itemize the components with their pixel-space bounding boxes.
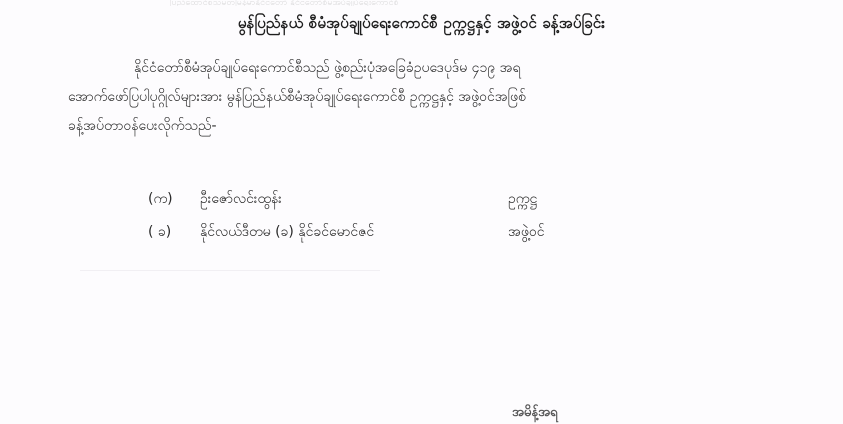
body-line-2: အောက်ဖော်ပြပါပုဂ္ဂိုလ်များအား မွန်ပြည်နယ… [68,83,820,112]
appointee-name: ဦးဇော်လင်းထွန်း [200,183,282,216]
appointee-role: ဥက္ကဋ္ဌ [508,183,537,216]
header-text-cut-off: ပြည်ထောင်စုသမ္မတမြန်မာနိုင်ငံတော် နိုင်င… [170,0,650,6]
body-line-3: ခန့်အပ်တာဝန်ပေးလိုက်သည်- [68,112,820,141]
faint-bleed-through [80,270,380,271]
document-title: မွန်ပြည်နယ် စီမံအုပ်ချုပ်ရေးကောင်စီ ဥက္က… [0,14,843,36]
appointee-row: ( ခ) နိုင်လယ်ဒီတမ (ခ) နိုင်ခင်မောင်ဇင် အ… [148,216,648,249]
appointee-role: အဖွဲ့ဝင် [508,216,544,249]
appointee-list: (က) ဦးဇော်လင်းထွန်း ဥက္ကဋ္ဌ ( ခ) နိုင်လယ… [148,183,648,249]
body-paragraph: နိုင်ငံတော်စီမံအုပ်ချုပ်ရေးကောင်စီသည် ဖွ… [68,54,820,141]
list-marker: ( ခ) [148,216,188,249]
appointee-name: နိုင်လယ်ဒီတမ (ခ) နိုင်ခင်မောင်ဇင် [200,216,374,249]
signature-heading: အမိန့်အရ [512,404,558,423]
list-marker: (က) [148,183,188,216]
appointee-row: (က) ဦးဇော်လင်းထွန်း ဥက္ကဋ္ဌ [148,183,648,216]
body-line-1: နိုင်ငံတော်စီမံအုပ်ချုပ်ရေးကောင်စီသည် ဖွ… [68,54,820,83]
document-page: ပြည်ထောင်စုသမ္မတမြန်မာနိုင်ငံတော် နိုင်င… [0,0,843,424]
